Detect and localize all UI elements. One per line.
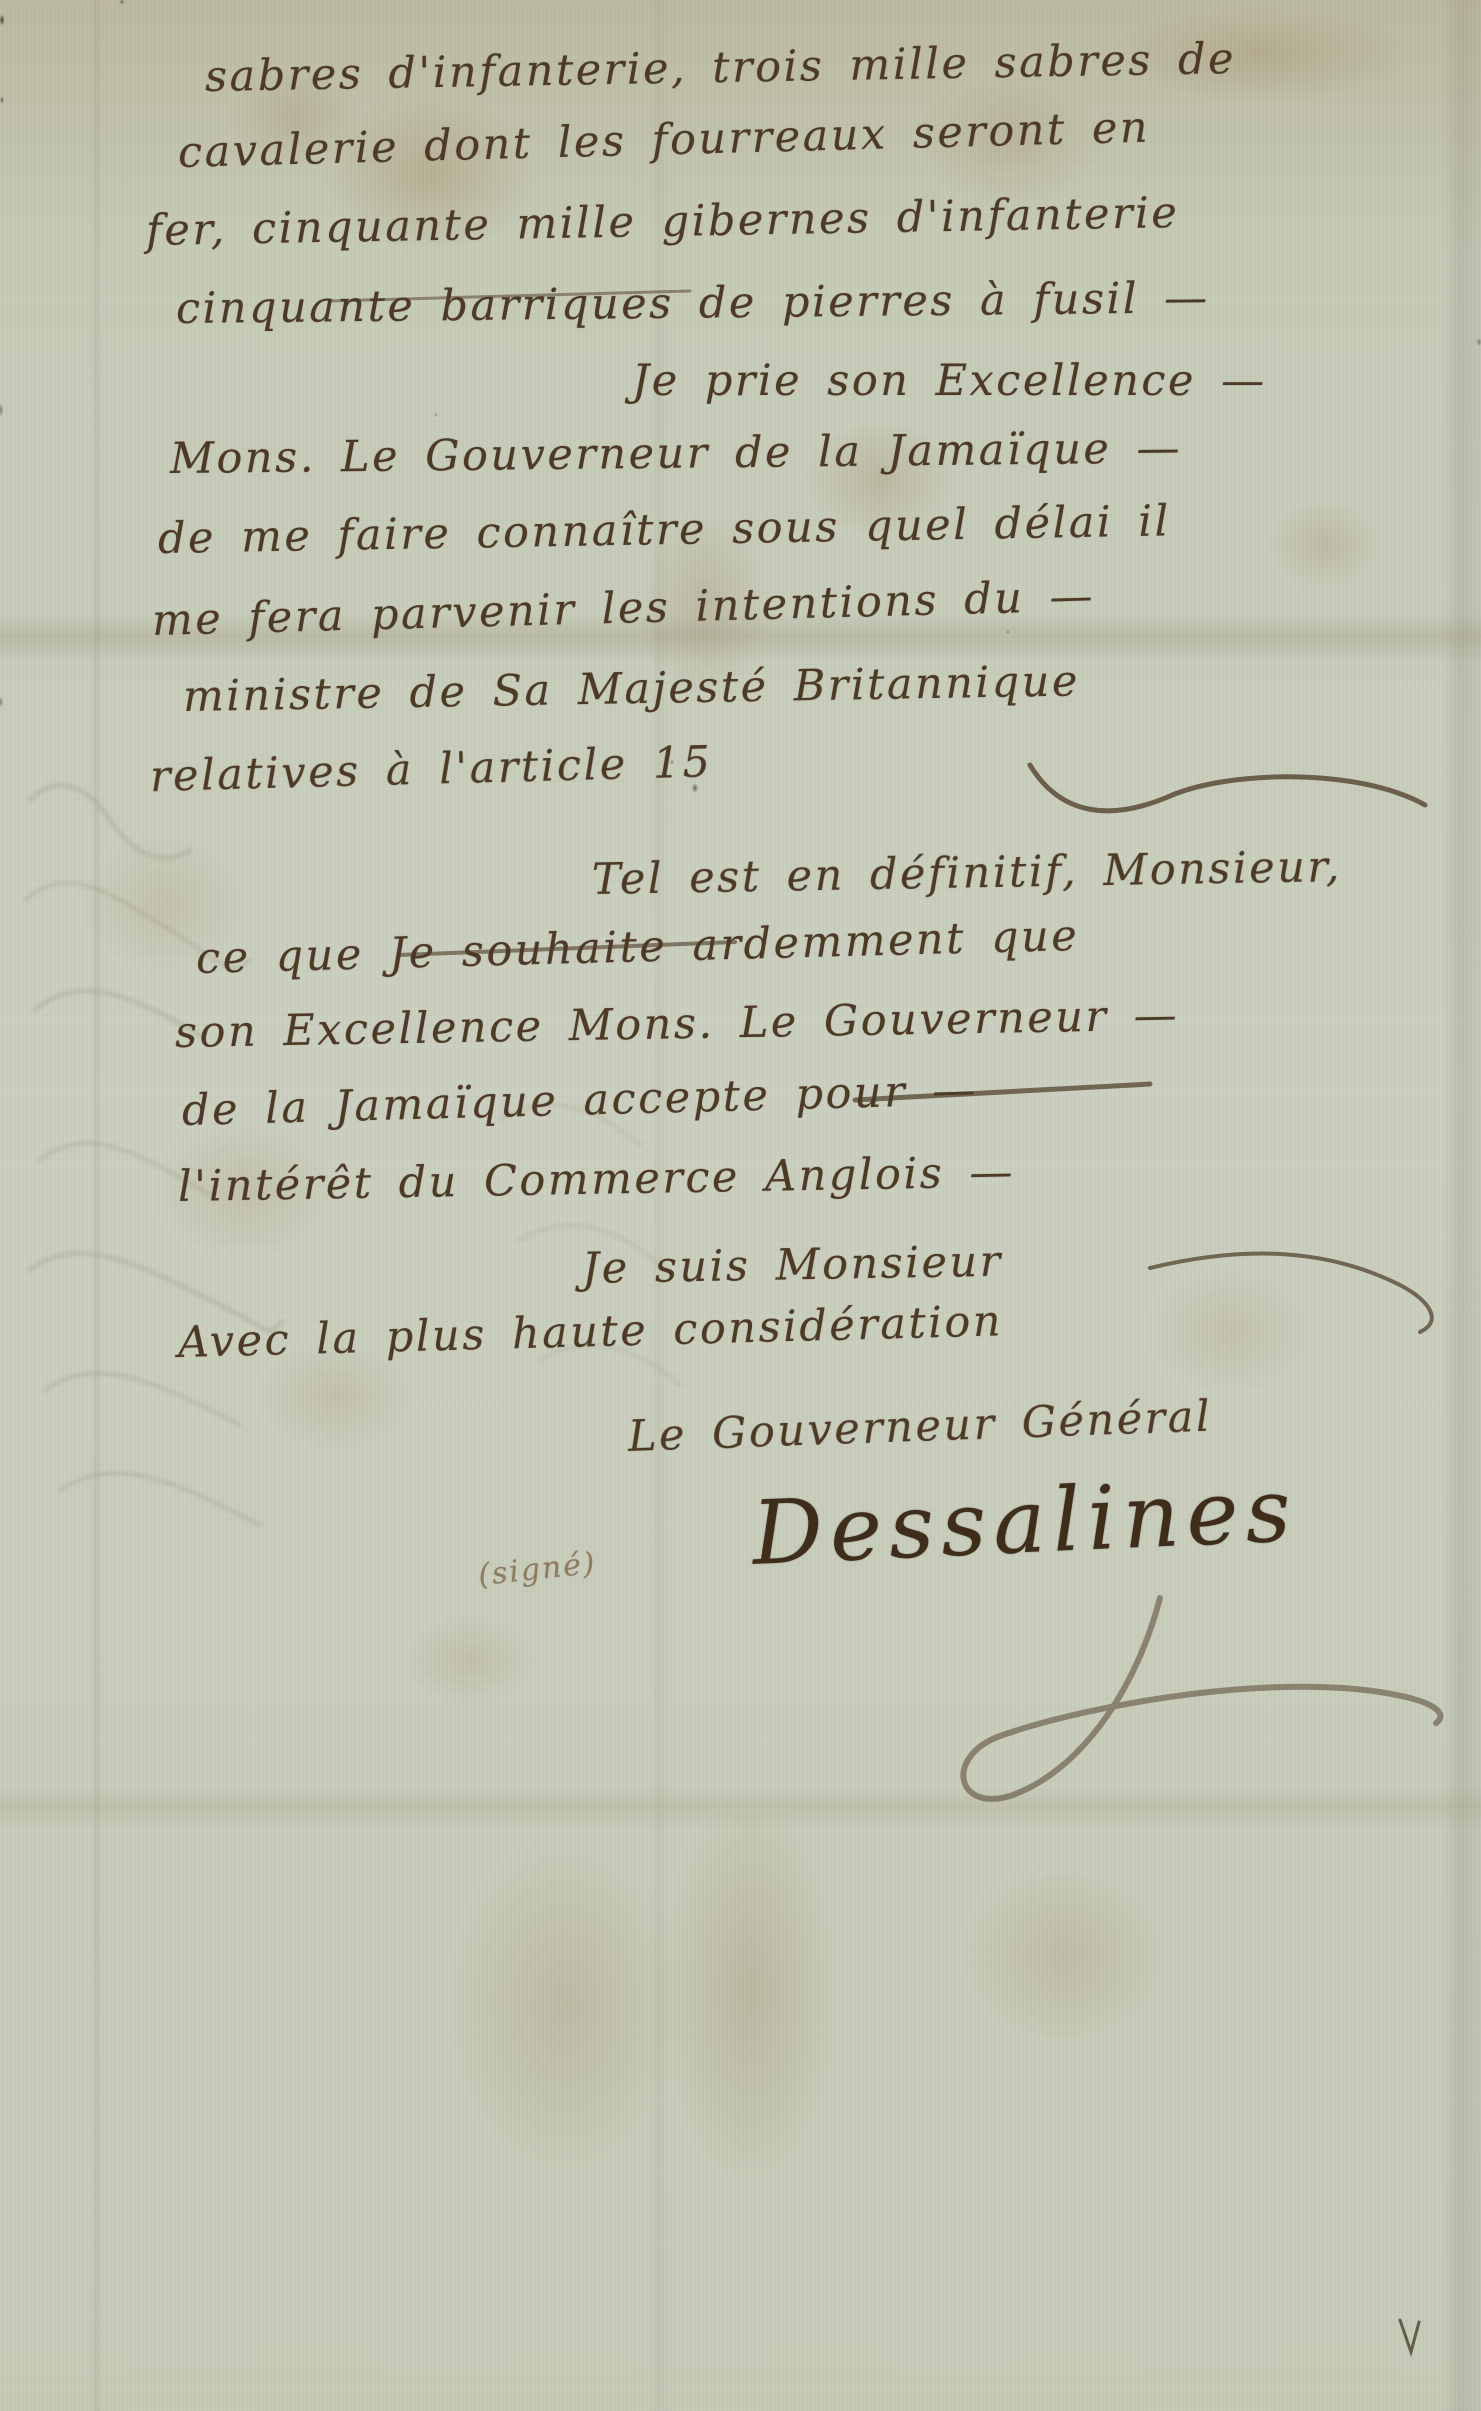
letter-line: ce que Je souhaite ardemment que [195,911,1079,984]
letter-page: sabres d'infanterie, trois mille sabres … [0,0,1481,2411]
letter-line: me fera parvenir les intentions du — [151,571,1095,646]
letter-line: cavalerie dont les fourreaux seront en [177,103,1150,178]
letter-line: relatives à l'article 15 [149,737,713,802]
letter-line: Le Gouverneur Général [627,1392,1213,1462]
letter-line: Je suis Monsieur [582,1237,1004,1294]
stray-ink-mark [1400,2320,1419,2352]
signed-annotation: (signé) [476,1546,598,1593]
letter-line: Mons. Le Gouverneur de la Jamaïque — [170,423,1183,484]
signature-paraph [963,1598,1440,1799]
letter-line: cinquante barriques de pierres à fusil — [176,273,1210,334]
letter-line: de la Jamaïque accepte pour — [181,1065,978,1136]
ink-flourish [1030,765,1425,811]
letter-line: l'intérêt du Commerce Anglois — [178,1147,1016,1212]
signature-dessalines: Dessalines [750,1458,1300,1585]
letter-line: fer, cinquante mille gibernes d'infanter… [146,188,1180,256]
letter-line: de me faire connaître sous quel délai il [158,496,1172,564]
letter-line: Je prie son Excellence — [632,356,1267,406]
letter-line: sabres d'infanterie, trois mille sabres … [205,34,1237,102]
ink-flourish [1150,1254,1432,1332]
letter-line: son Excellence Mons. Le Gouverneur — [175,990,1180,1058]
letter-line: ministre de Sa Majesté Britannique [183,656,1081,722]
letter-line: Avec la plus haute considération [177,1296,1003,1368]
letter-line: Tel est en définitif, Monsieur, [592,842,1343,905]
